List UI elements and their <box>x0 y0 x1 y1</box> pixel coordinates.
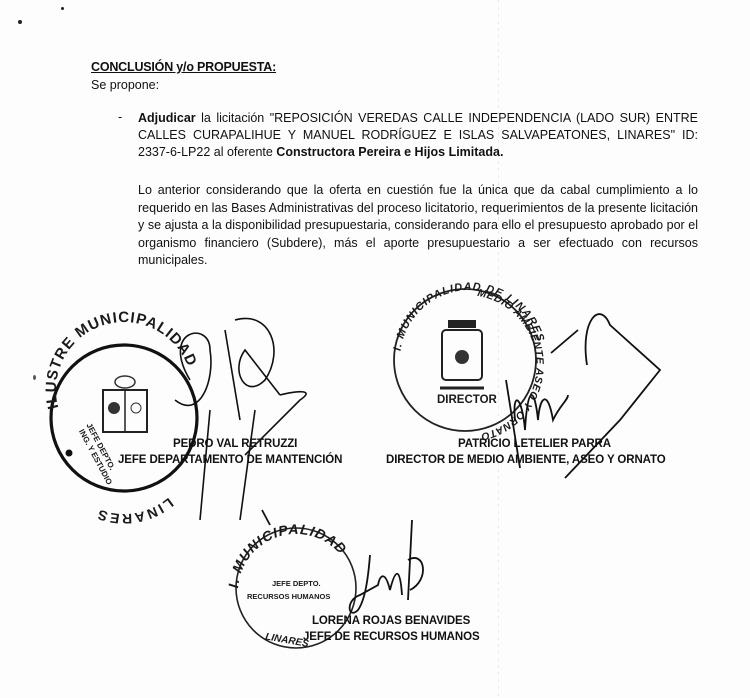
bullet-marker: - <box>118 110 122 124</box>
signatory-title-1: JEFE DEPARTAMENTO DE MANTENCIÓN <box>118 454 342 466</box>
svg-text:MEDIO AMBIENTE ASEO Y ORNATO: MEDIO AMBIENTE ASEO Y ORNATO <box>464 287 552 448</box>
svg-text:I. MUNICIPALIDAD DE LINARES: I. MUNICIPALIDAD DE LINARES <box>392 281 547 352</box>
svg-text:DIRECTOR: DIRECTOR <box>437 394 498 406</box>
scan-fold-line <box>498 0 499 698</box>
scanned-document-page: CONCLUSIÓN y/o PROPUESTA: Se propone: - … <box>0 0 750 698</box>
scan-speck <box>33 375 36 380</box>
svg-text:ING. Y ESTUDIO: ING. Y ESTUDIO <box>77 428 114 487</box>
signature-pedro-val <box>175 318 306 520</box>
signature-lorena-rojas <box>262 510 423 613</box>
svg-text:JEFE DEPTO.: JEFE DEPTO. <box>272 579 321 588</box>
svg-text:ILUSTRE MUNICIPALIDAD: ILUSTRE MUNICIPALIDAD <box>43 309 200 411</box>
scan-speck <box>18 20 22 24</box>
stamps-and-signatures: ILUSTRE MUNICIPALIDAD LINARES JEFE DEPTO… <box>0 0 750 698</box>
proposal-item: Adjudicar la licitación "REPOSICIÓN VERE… <box>138 110 698 161</box>
stamp-ilustre-municipalidad: ILUSTRE MUNICIPALIDAD LINARES JEFE DEPTO… <box>43 309 200 527</box>
stamp-medio-ambiente: I. MUNICIPALIDAD DE LINARES MEDIO AMBIEN… <box>392 281 553 448</box>
signatory-title-3: JEFE DE RECURSOS HUMANOS <box>303 631 480 643</box>
signatory-name-1: PEDRO VAL RETRUZZI <box>173 438 297 450</box>
svg-text:LINARES: LINARES <box>94 495 177 527</box>
svg-text:JEFE DEPTO.: JEFE DEPTO. <box>84 422 116 472</box>
intro-text: Se propone: <box>91 78 159 92</box>
svg-text:I. MUNICIPALIDAD: I. MUNICIPALIDAD <box>225 521 350 589</box>
scan-speck <box>61 7 64 10</box>
svg-text:RECURSOS HUMANOS: RECURSOS HUMANOS <box>247 592 330 601</box>
signatory-name-3: LORENA ROJAS BENAVIDES <box>312 615 470 627</box>
proposal-lead: Adjudicar <box>138 111 196 125</box>
justification-paragraph: Lo anterior considerando que la oferta e… <box>138 182 698 270</box>
signatory-name-2: PATRICIO LETELIER PARRA <box>458 438 611 450</box>
section-heading: CONCLUSIÓN y/o PROPUESTA: <box>91 60 276 74</box>
contractor-name: Constructora Pereira e Hijos Limitada. <box>276 145 503 159</box>
signatory-title-2: DIRECTOR DE MEDIO AMBIENTE, ASEO Y ORNAT… <box>386 454 666 466</box>
